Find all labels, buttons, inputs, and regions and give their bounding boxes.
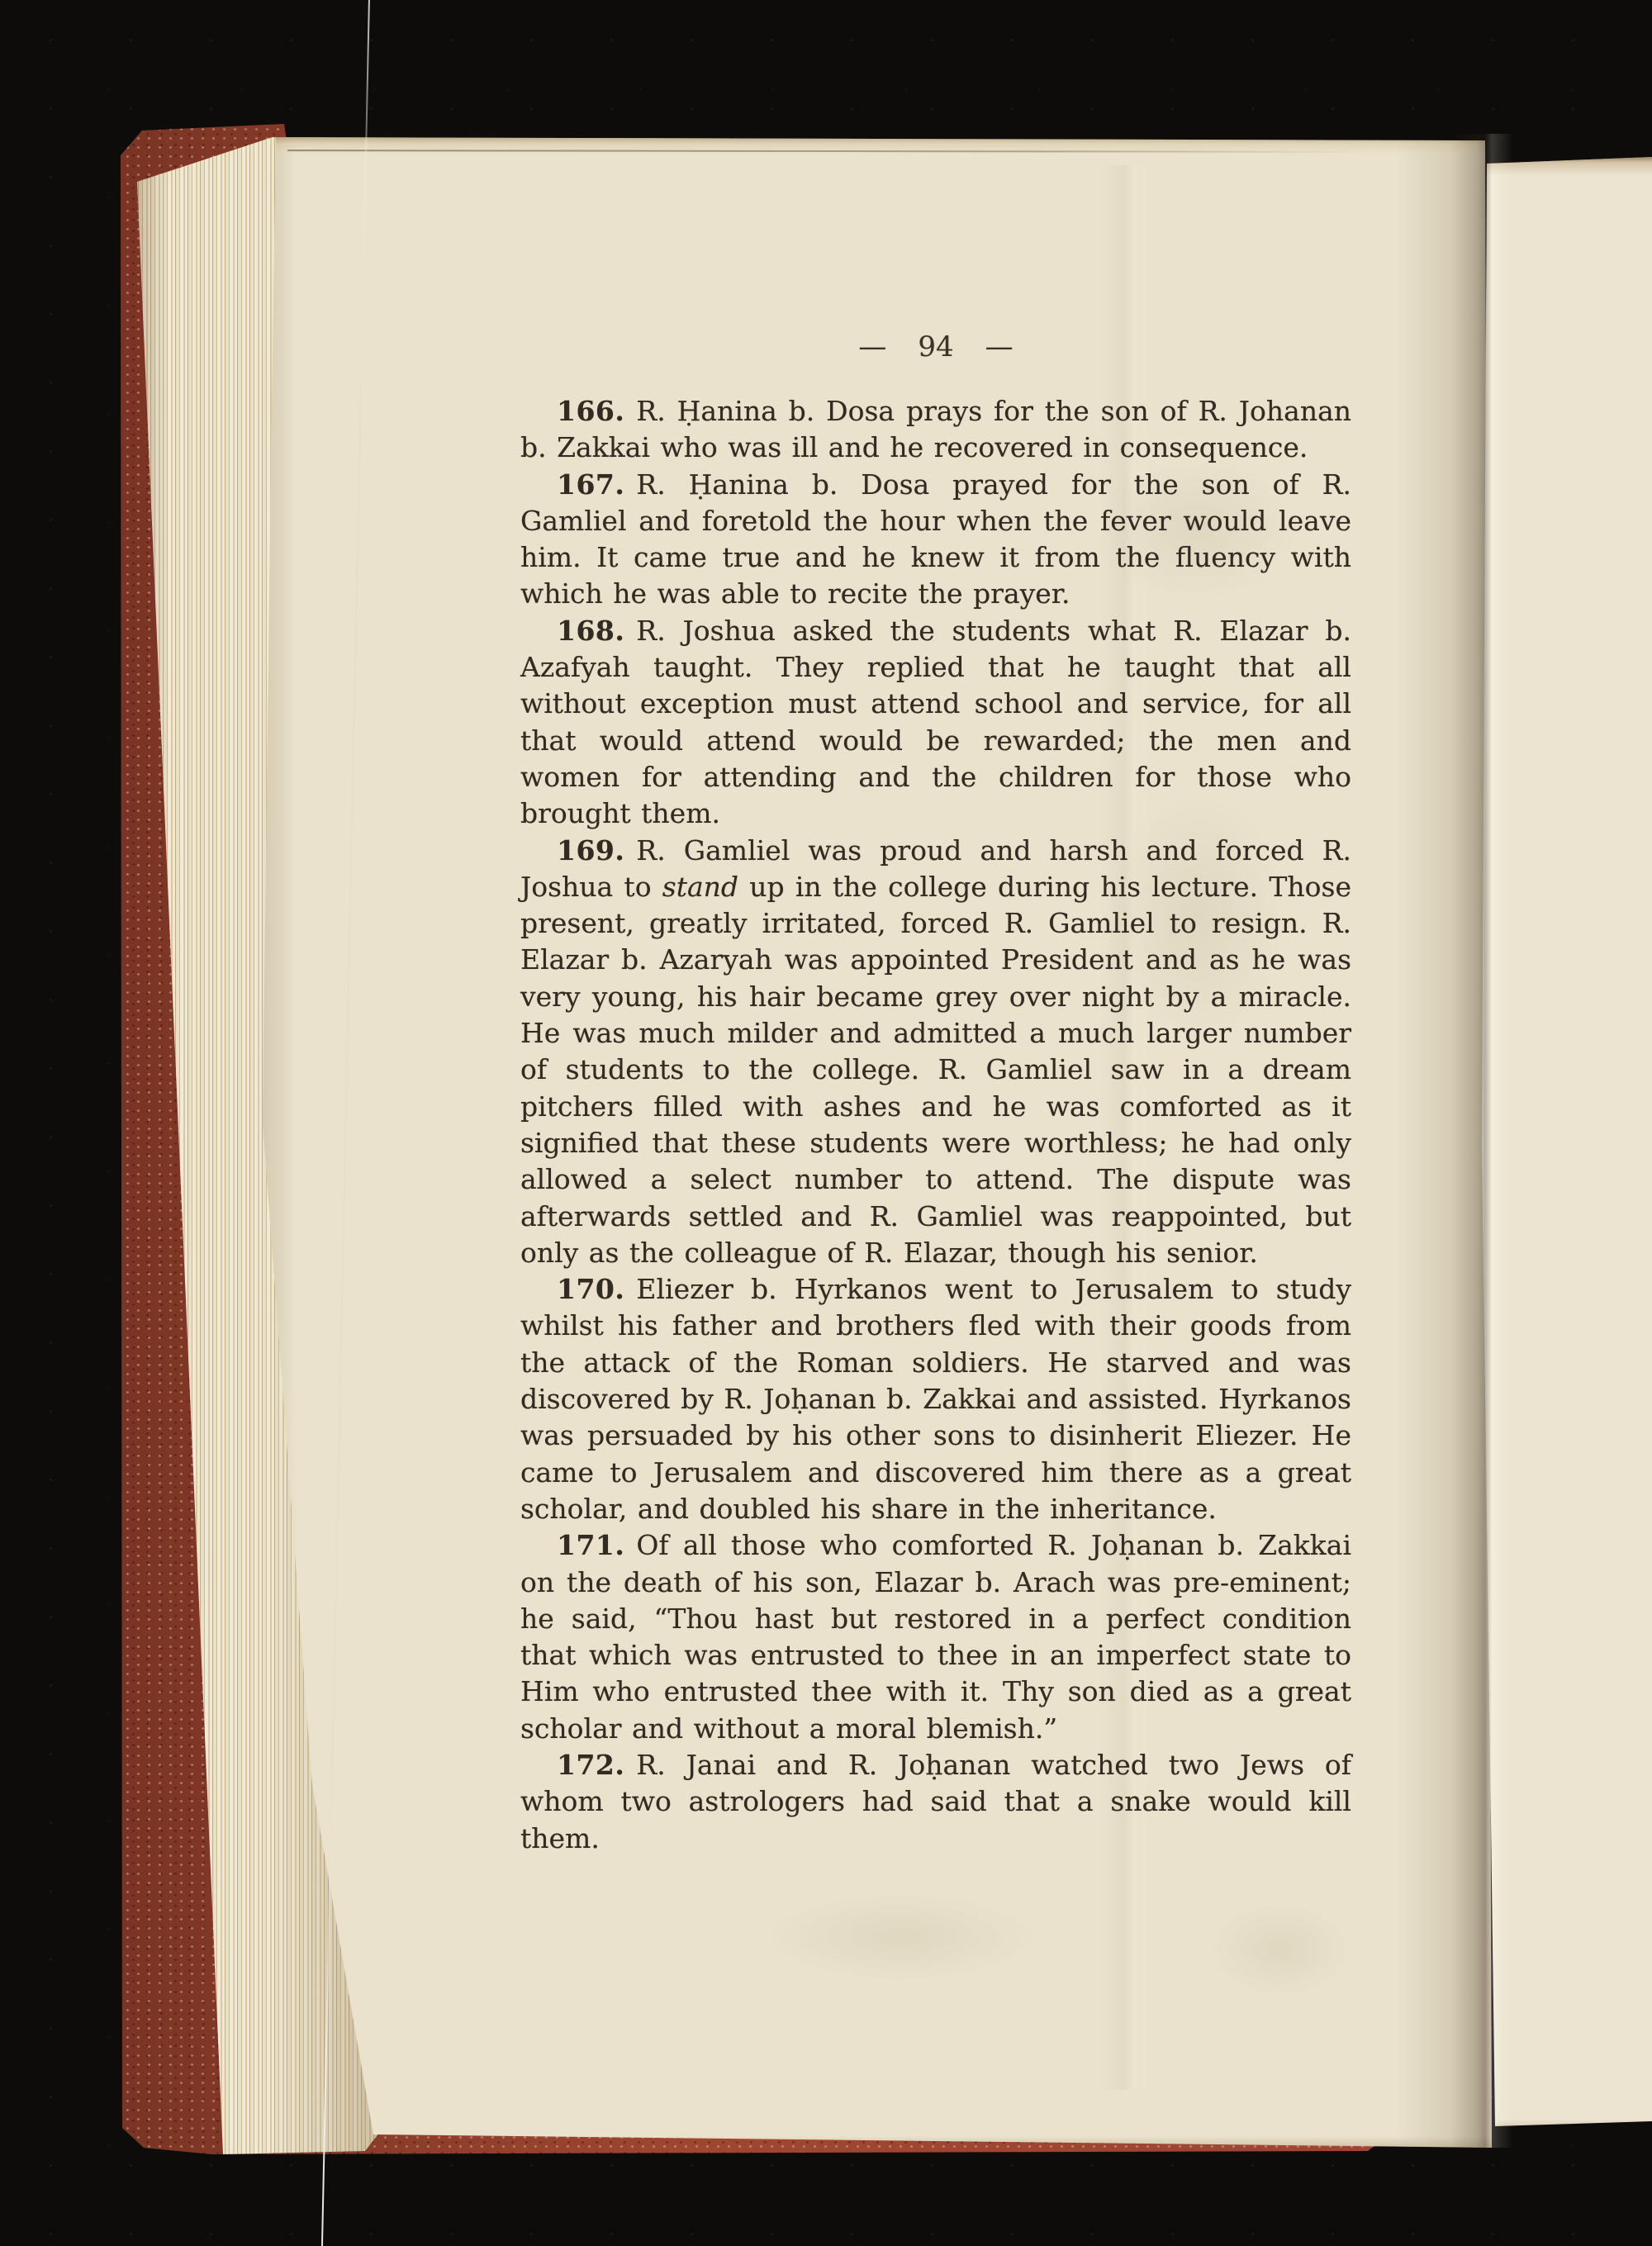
header-left-dash: —: [858, 329, 886, 365]
page-number: 94: [918, 329, 953, 365]
paragraph-number: 170.: [557, 1273, 624, 1305]
book-photo: { "page": { "header": { "left_dash": "—"…: [0, 0, 1652, 2246]
text-paragraph-172: 172.R. Janai and R. Joḥanan watched two …: [520, 1747, 1351, 1857]
text-paragraph-168: 168.R. Joshua asked the students what R.…: [520, 613, 1351, 833]
paragraph-text: Of all those who comforted R. Joḥanan b.…: [520, 1529, 1351, 1744]
paragraph-text: R. Joshua asked the students what R. Ela…: [520, 615, 1351, 829]
paragraph-number: 168.: [557, 615, 624, 647]
text-paragraph-170: 170.Eliezer b. Hyrkanos went to Jerusale…: [520, 1271, 1351, 1527]
text-paragraph-169: 169.R. Gamliel was proud and harsh and f…: [520, 833, 1351, 1272]
paragraph-number: 169.: [557, 834, 624, 867]
page-text-block: — 94 — 166.R. Ḥanina b. Dosa prays for t…: [520, 329, 1351, 1857]
text-paragraph-171: 171.Of all those who comforted R. Joḥana…: [520, 1527, 1351, 1747]
text-paragraph-167: 167.R. Ḥanina b. Dosa prayed for the son…: [520, 467, 1351, 613]
paragraph-text: R. Ḥanina b. Dosa prays for the son of R…: [520, 395, 1351, 463]
right-page-sliver: [1482, 155, 1652, 2130]
paragraph-text: Eliezer b. Hyrkanos went to Jerusalem to…: [520, 1273, 1351, 1525]
paragraph-number: 167.: [557, 468, 624, 501]
paragraph-text: R. Janai and R. Joḥanan watched two Jews…: [520, 1749, 1351, 1854]
page-header: — 94 —: [520, 329, 1351, 365]
italic-word: stand: [662, 871, 738, 903]
header-right-dash: —: [985, 329, 1014, 365]
paragraph-number: 171.: [557, 1529, 624, 1561]
paragraph-text: up in the college during his lecture. Th…: [520, 871, 1351, 1269]
text-paragraph-166: 166.R. Ḥanina b. Dosa prays for the son …: [520, 393, 1351, 467]
paragraph-number: 166.: [557, 395, 624, 427]
paragraph-number: 172.: [557, 1749, 624, 1781]
paragraph-text: R. Ḥanina b. Dosa prayed for the son of …: [520, 468, 1351, 610]
